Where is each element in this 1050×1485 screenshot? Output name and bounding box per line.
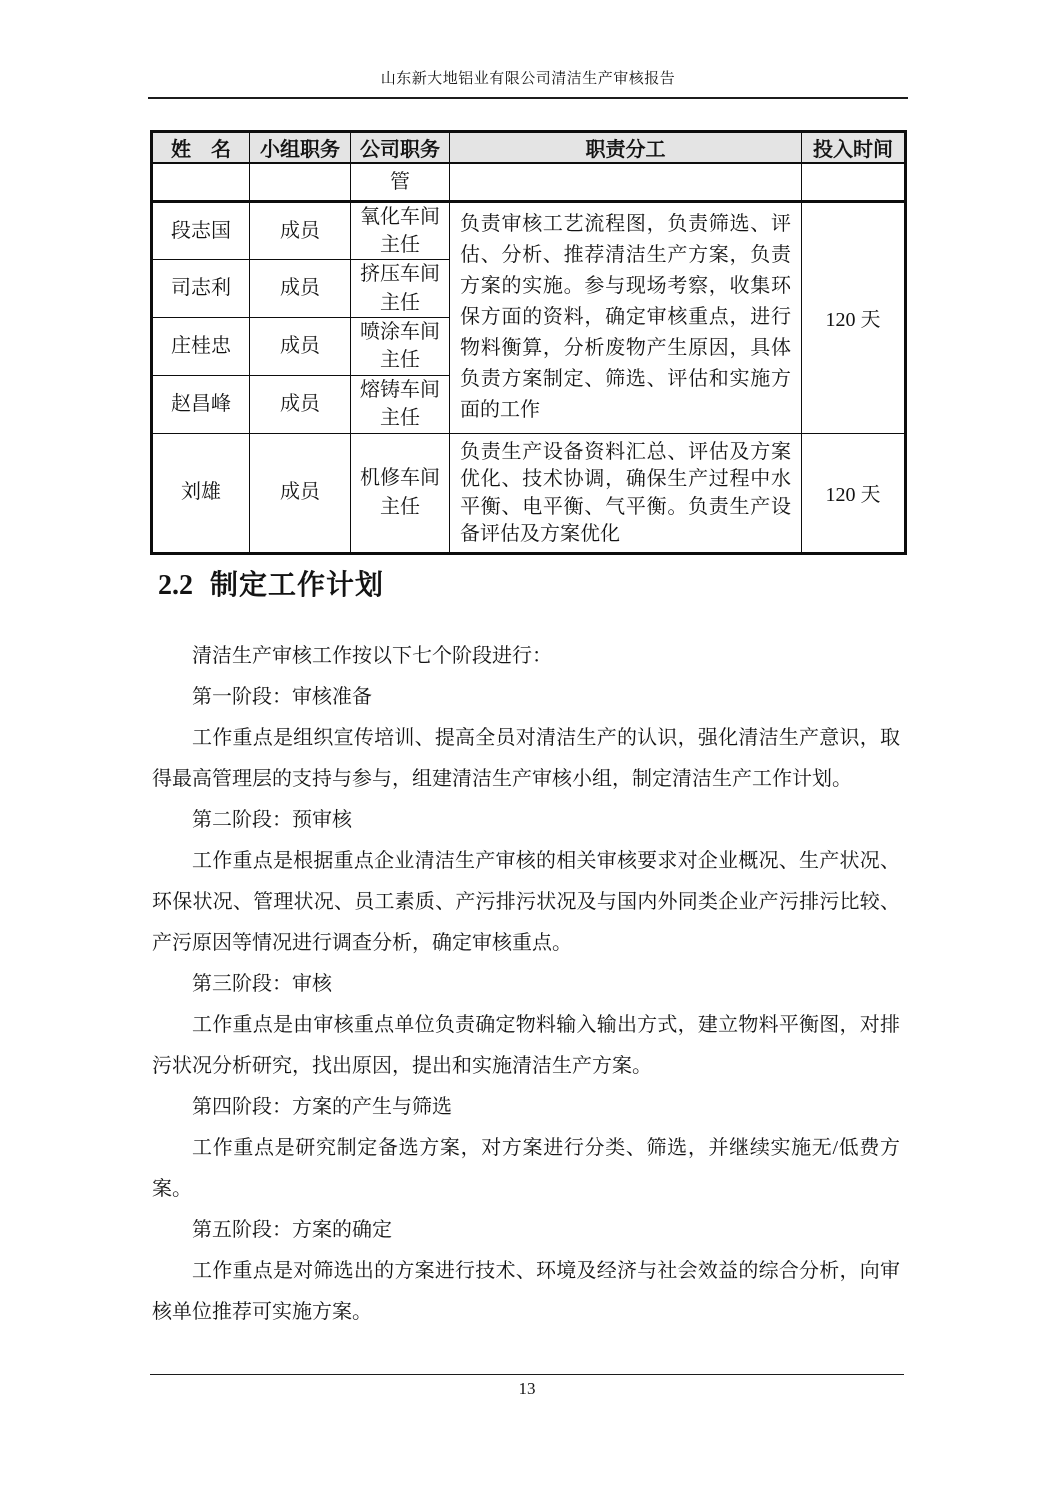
document-page: 山东新大地铝业有限公司清洁生产审核报告 姓 名 小组职务 公司职务 职责分工 投… <box>0 0 1050 1485</box>
section-heading: 2.2制定工作计划 <box>158 563 384 603</box>
paragraph: 工作重点是对筛选出的方案进行技术、环境及经济与社会效益的综合分析，向审核单位推荐… <box>152 1251 900 1333</box>
time-cell: 120 天 <box>802 433 906 553</box>
paragraph: 第四阶段：方案的产生与筛选 <box>152 1087 900 1128</box>
company-role-cell: 喷涂车间主任 <box>351 318 450 376</box>
company-role-cell: 管 <box>351 163 450 201</box>
body-text: 清洁生产审核工作按以下七个阶段进行： 第一阶段：审核准备 工作重点是组织宣传培训… <box>152 636 900 1333</box>
column-header-group-role: 小组职务 <box>250 132 351 164</box>
column-header-company-role: 公司职务 <box>351 132 450 164</box>
column-header-duty: 职责分工 <box>450 132 802 164</box>
name-cell <box>152 163 250 201</box>
table-header-row: 姓 名 小组职务 公司职务 职责分工 投入时间 <box>152 132 906 164</box>
name-cell: 庄桂忠 <box>152 318 250 376</box>
table-row: 管 <box>152 163 906 201</box>
name-cell: 赵昌峰 <box>152 375 250 433</box>
company-role-cell: 熔铸车间主任 <box>351 375 450 433</box>
paragraph: 工作重点是组织宣传培训、提高全员对清洁生产的认识，强化清洁生产意识，取得最高管理… <box>152 718 900 800</box>
duty-cell <box>450 163 802 201</box>
section-title: 制定工作计划 <box>210 570 384 601</box>
paragraph: 清洁生产审核工作按以下七个阶段进行： <box>152 636 900 677</box>
name-cell: 刘雄 <box>152 433 250 553</box>
paragraph: 第一阶段：审核准备 <box>152 677 900 718</box>
group-role-cell <box>250 163 351 201</box>
paragraph: 工作重点是研究制定备选方案，对方案进行分类、筛选，并继续实施无/低费方案。 <box>152 1128 900 1210</box>
duty-cell-merged: 负责审核工艺流程图，负责筛选、评估、分析、推荐清洁生产方案，负责方案的实施。参与… <box>450 201 802 433</box>
paragraph: 第三阶段：审核 <box>152 964 900 1005</box>
time-cell-merged: 120 天 <box>802 201 906 433</box>
company-role-cell: 挤压车间主任 <box>351 260 450 318</box>
running-header-title: 山东新大地铝业有限公司清洁生产审核报告 <box>381 71 676 87</box>
paragraph: 第五阶段：方案的确定 <box>152 1210 900 1251</box>
column-header-name: 姓 名 <box>152 132 250 164</box>
paragraph: 第二阶段：预审核 <box>152 800 900 841</box>
company-role-cell: 氧化车间主任 <box>351 201 450 260</box>
name-cell: 段志国 <box>152 201 250 260</box>
page-number: 13 <box>519 1379 536 1398</box>
table-row: 刘雄 成员 机修车间主任 负责生产设备资料汇总、评估及方案优化、技术协调，确保生… <box>152 433 906 553</box>
group-role-cell: 成员 <box>250 318 351 376</box>
running-header: 山东新大地铝业有限公司清洁生产审核报告 <box>148 68 908 99</box>
audit-team-table: 姓 名 小组职务 公司职务 职责分工 投入时间 管 段志国 成员 氧化车间主任 … <box>150 130 907 555</box>
duty-cell: 负责生产设备资料汇总、评估及方案优化、技术协调，确保生产过程中水平衡、电平衡、气… <box>450 433 802 553</box>
time-cell <box>802 163 906 201</box>
name-cell: 司志利 <box>152 260 250 318</box>
section-number: 2.2 <box>158 570 193 601</box>
group-role-cell: 成员 <box>250 201 351 260</box>
group-role-cell: 成员 <box>250 260 351 318</box>
page-footer: 13 <box>150 1374 904 1399</box>
company-role-cell: 机修车间主任 <box>351 433 450 553</box>
paragraph: 工作重点是根据重点企业清洁生产审核的相关审核要求对企业概况、生产状况、环保状况、… <box>152 841 900 964</box>
paragraph: 工作重点是由审核重点单位负责确定物料输入输出方式，建立物料平衡图，对排污状况分析… <box>152 1005 900 1087</box>
group-role-cell: 成员 <box>250 375 351 433</box>
group-role-cell: 成员 <box>250 433 351 553</box>
table-row: 段志国 成员 氧化车间主任 负责审核工艺流程图，负责筛选、评估、分析、推荐清洁生… <box>152 201 906 260</box>
column-header-time: 投入时间 <box>802 132 906 164</box>
